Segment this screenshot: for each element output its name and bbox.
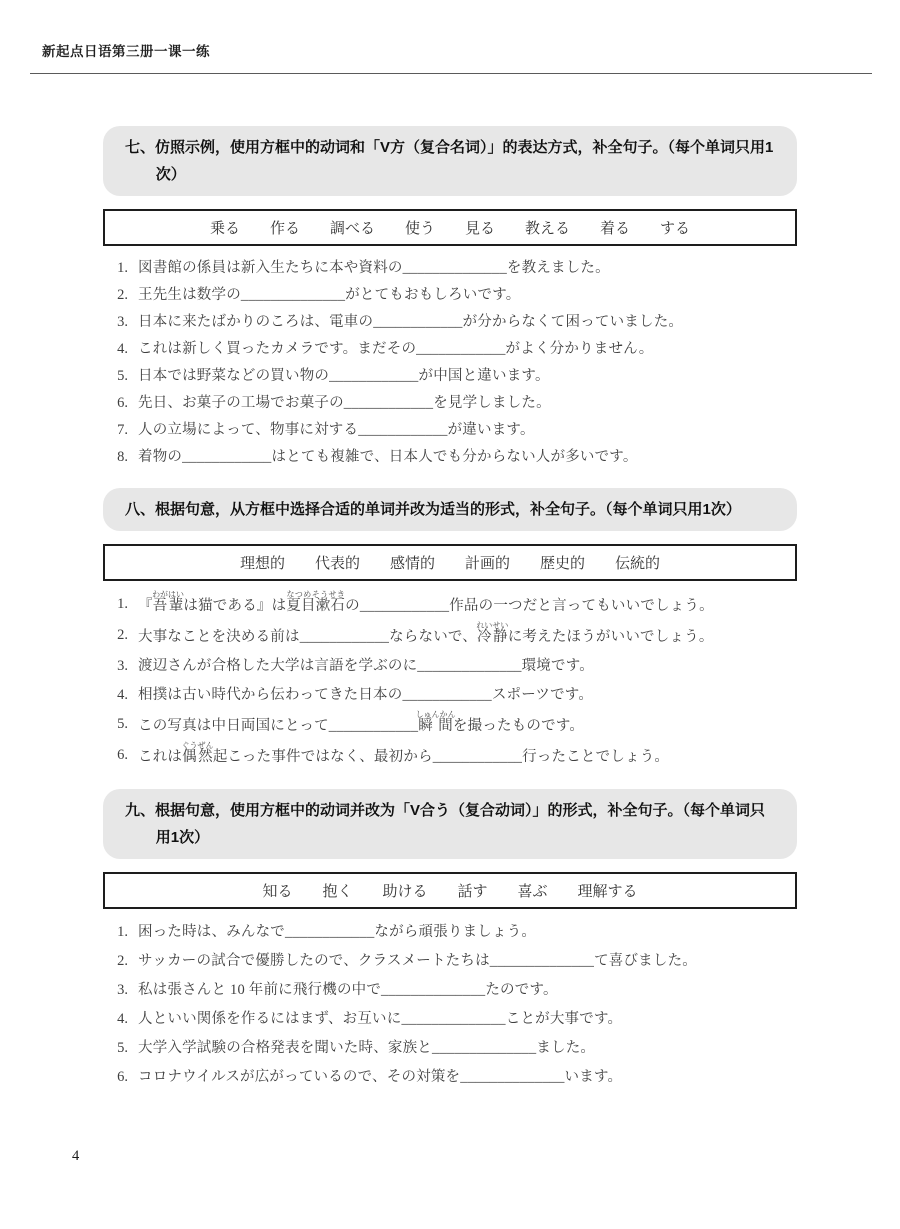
section-nine-title: 九、根据句意，使用方框中的动词并改为「V合う（复合动词）」的形式，补全句子。（每… [103, 789, 797, 859]
item-text: 大事なことを決める前は____________ならないで、冷静れいせいに考えたほ… [138, 621, 714, 652]
word-box-word: 歴史的 [540, 552, 585, 573]
item-text: 私は張さんと 10 年前に飛行機の中で______________たのです。 [138, 976, 558, 1005]
exercise-item: 6.これは偶然ぐうぜん起こった事件ではなく、最初から____________行っ… [107, 741, 797, 772]
item-number: 6. [107, 741, 128, 772]
item-number: 2. [107, 621, 128, 652]
furigana-ruby: 吾輩わがはい [153, 598, 184, 614]
exercise-item: 2.王先生は数学の______________がとてもおもしろいです。 [107, 282, 797, 309]
word-box-word: 乗る [210, 217, 240, 238]
exercise-item: 3.渡辺さんが合格した大学は言語を学ぶのに______________環境です。 [107, 652, 797, 681]
book-title: 新起点日语第三册一课一练 [42, 40, 210, 60]
furigana-ruby: 冷静れいせい [477, 629, 508, 645]
item-number: 1. [107, 590, 128, 621]
item-number: 4. [107, 681, 128, 710]
worksheet-content: 七、仿照示例，使用方框中的动词和「V方（复合名词）」的表达方式，补全句子。（每个… [103, 126, 797, 1109]
item-text: これは新しく買ったカメラです。まだその____________がよく分かりません… [138, 336, 653, 363]
item-number: 5. [107, 710, 128, 741]
exercise-item: 7.人の立場によって、物事に対する____________が違います。 [107, 417, 797, 444]
section-title-text: 七、仿照示例，使用方框中的动词和「V方（复合名词）」的表达方式，补全句子。（每个… [125, 134, 775, 188]
furigana-ruby: 偶然ぐうぜん [182, 749, 213, 765]
exercise-item: 2.大事なことを決める前は____________ならないで、冷静れいせいに考え… [107, 621, 797, 652]
exercise-item: 3.日本に来たばかりのころは、電車の____________が分からなくて困って… [107, 309, 797, 336]
section-title-text: 八、根据句意，从方框中选择合适的单词并改为适当的形式，补全句子。（每个单词只用1… [125, 496, 775, 523]
item-list: 1.図書館の係員は新入生たちに本や資料の______________を教えました… [103, 255, 797, 471]
item-text: これは偶然ぐうぜん起こった事件ではなく、最初から____________行ったこ… [138, 741, 669, 772]
item-number: 1. [107, 918, 128, 947]
item-list: 1.困った時は、みんなで____________ながら頑張りましょう。2.サッカ… [103, 918, 797, 1092]
section-seven: 七、仿照示例，使用方框中的动词和「V方（复合名词）」的表达方式，补全句子。（每个… [103, 126, 797, 471]
item-number: 4. [107, 1005, 128, 1034]
word-box-word: 理解する [578, 880, 638, 901]
item-number: 2. [107, 282, 128, 309]
item-number: 6. [107, 390, 128, 417]
item-text: コロナウイルスが広がっているので、その対策を______________います。 [138, 1063, 622, 1092]
exercise-item: 5.日本では野菜などの買い物の____________が中国と違います。 [107, 363, 797, 390]
item-text: 渡辺さんが合格した大学は言語を学ぶのに______________環境です。 [138, 652, 594, 681]
word-box-word: 教える [525, 217, 570, 238]
item-number: 1. [107, 255, 128, 282]
item-number: 6. [107, 1063, 128, 1092]
exercise-item: 4.人といい関係を作るにはまず、お互いに______________ことが大事で… [107, 1005, 797, 1034]
item-text: この写真は中日両国にとって____________瞬間しゅんかんを撮ったものです… [138, 710, 584, 741]
exercise-item: 6.コロナウイルスが広がっているので、その対策を______________いま… [107, 1063, 797, 1092]
word-box-word: 着る [600, 217, 630, 238]
word-box-word: 知る [262, 880, 292, 901]
exercise-item: 2.サッカーの試合で優勝したので、クラスメートたちは______________… [107, 947, 797, 976]
item-text: 困った時は、みんなで____________ながら頑張りましょう。 [138, 918, 536, 947]
exercise-item: 6.先日、お菓子の工場でお菓子の____________を見学しました。 [107, 390, 797, 417]
page-number: 4 [72, 1148, 79, 1165]
section-seven-title: 七、仿照示例，使用方框中的动词和「V方（复合名词）」的表达方式，补全句子。（每个… [103, 126, 797, 196]
item-text: 王先生は数学の______________がとてもおもしろいです。 [138, 282, 520, 309]
section-eight-title: 八、根据句意，从方框中选择合适的单词并改为适当的形式，补全句子。（每个单词只用1… [103, 488, 797, 531]
item-text: 図書館の係員は新入生たちに本や資料の______________を教えました。 [138, 255, 610, 282]
item-number: 8. [107, 444, 128, 471]
word-box: 理想的代表的感情的計画的歴史的伝統的 [103, 544, 797, 581]
word-box: 乗る作る調べる使う見る教える着るする [103, 209, 797, 246]
word-box-word: 作る [270, 217, 300, 238]
item-list: 1.『吾輩わがはいは猫である』は夏目漱石なつめそうせきの____________… [103, 590, 797, 772]
item-text: 相撲は古い時代から伝わってきた日本の____________スポーツです。 [138, 681, 593, 710]
section-title-text: 九、根据句意，使用方框中的动词并改为「V合う（复合动词）」的形式，补全句子。（每… [125, 797, 775, 851]
item-text: 日本では野菜などの買い物の____________が中国と違います。 [138, 363, 550, 390]
exercise-item: 3.私は張さんと 10 年前に飛行機の中で______________たのです。 [107, 976, 797, 1005]
section-eight: 八、根据句意，从方框中选择合适的单词并改为适当的形式，补全句子。（每个单词只用1… [103, 488, 797, 772]
item-number: 3. [107, 652, 128, 681]
item-text: 人といい関係を作るにはまず、お互いに______________ことが大事です。 [138, 1005, 622, 1034]
exercise-item: 1.困った時は、みんなで____________ながら頑張りましょう。 [107, 918, 797, 947]
section-nine: 九、根据句意，使用方框中的动词并改为「V合う（复合动词）」的形式，补全句子。（每… [103, 789, 797, 1092]
exercise-item: 8.着物の____________はとても複雑で、日本人でも分からない人が多いで… [107, 444, 797, 471]
word-box-word: 話す [458, 880, 488, 901]
word-box-word: 抱く [322, 880, 352, 901]
exercise-item: 4.これは新しく買ったカメラです。まだその____________がよく分かりま… [107, 336, 797, 363]
item-text: 先日、お菓子の工場でお菓子の____________を見学しました。 [138, 390, 551, 417]
exercise-item: 4.相撲は古い時代から伝わってきた日本の____________スポーツです。 [107, 681, 797, 710]
item-text: 着物の____________はとても複雑で、日本人でも分からない人が多いです。 [138, 444, 638, 471]
item-number: 3. [107, 976, 128, 1005]
item-text: 大学入学試験の合格発表を聞いた時、家族と______________ました。 [138, 1034, 595, 1063]
word-box-word: 伝統的 [615, 552, 660, 573]
word-box-word: する [660, 217, 690, 238]
item-text: 『吾輩わがはいは猫である』は夏目漱石なつめそうせきの____________作品… [138, 590, 714, 621]
furigana-ruby: 夏目漱石なつめそうせき [286, 598, 345, 614]
item-number: 3. [107, 309, 128, 336]
word-box-word: 調べる [330, 217, 375, 238]
word-box-word: 理想的 [240, 552, 285, 573]
item-number: 5. [107, 1034, 128, 1063]
word-box-word: 見る [465, 217, 495, 238]
item-text: サッカーの試合で優勝したので、クラスメートたちは______________て喜… [138, 947, 697, 976]
word-box-word: 代表的 [315, 552, 360, 573]
word-box-word: 計画的 [465, 552, 510, 573]
item-number: 7. [107, 417, 128, 444]
item-number: 2. [107, 947, 128, 976]
furigana-ruby: 瞬間しゅんかん [418, 718, 453, 734]
word-box-word: 使う [405, 217, 435, 238]
item-text: 人の立場によって、物事に対する____________が違います。 [138, 417, 535, 444]
word-box-word: 喜ぶ [518, 880, 548, 901]
item-number: 4. [107, 336, 128, 363]
word-box-word: 感情的 [390, 552, 435, 573]
header-divider [30, 73, 872, 74]
exercise-item: 1.『吾輩わがはいは猫である』は夏目漱石なつめそうせきの____________… [107, 590, 797, 621]
item-text: 日本に来たばかりのころは、電車の____________が分からなくて困っていま… [138, 309, 683, 336]
word-box-word: 助ける [382, 880, 427, 901]
exercise-item: 5.大学入学試験の合格発表を聞いた時、家族と______________ました。 [107, 1034, 797, 1063]
exercise-item: 1.図書館の係員は新入生たちに本や資料の______________を教えました… [107, 255, 797, 282]
item-number: 5. [107, 363, 128, 390]
word-box: 知る抱く助ける話す喜ぶ理解する [103, 872, 797, 909]
exercise-item: 5.この写真は中日両国にとって____________瞬間しゅんかんを撮ったもの… [107, 710, 797, 741]
